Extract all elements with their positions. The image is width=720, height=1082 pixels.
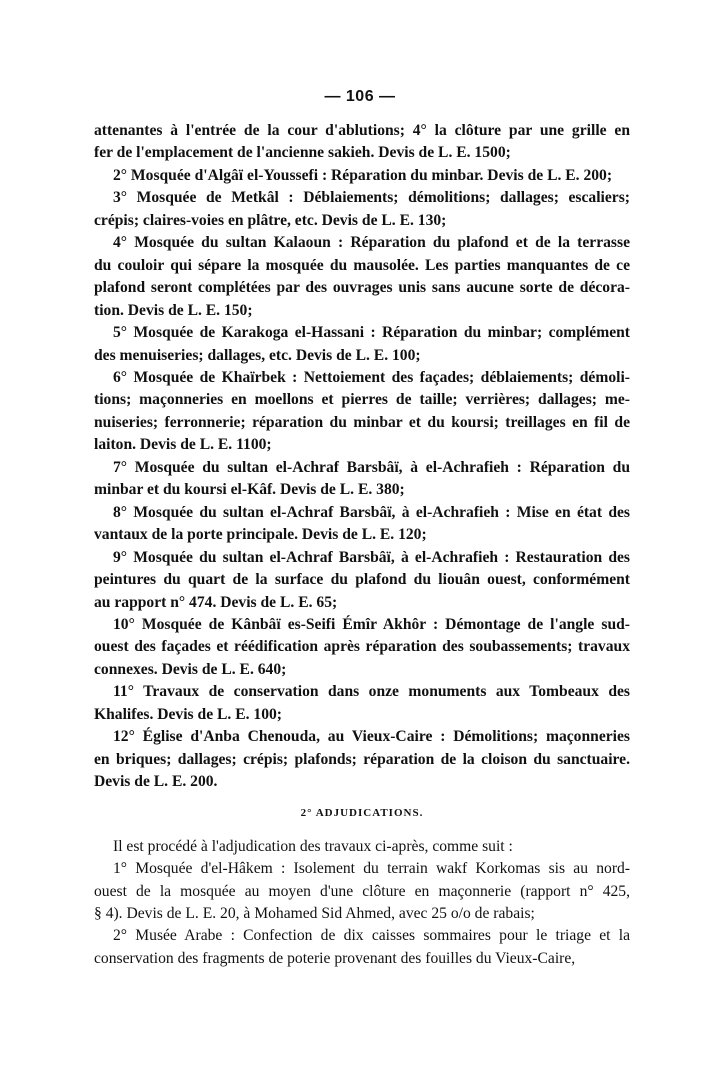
text-line: vantaux de la porte principale. Devis de… xyxy=(94,524,630,546)
paragraph-item-5: 5° Mosquée de Karakoga el-Hassani : Répa… xyxy=(94,322,630,367)
section-heading: 2° ADJUDICATIONS. xyxy=(94,794,630,836)
paragraph-adj-2: 2° Musée Arabe : Confection de dix caiss… xyxy=(94,925,630,970)
paragraph-item-2: 2° Mosquée d'Algâï el-Youssefi : Réparat… xyxy=(94,165,630,187)
text-line: ouest des façades et réédification après… xyxy=(94,636,630,658)
adjudications-list: Il est procédé à l'adjudication des trav… xyxy=(94,836,630,971)
paragraph-item-11: 11° Travaux de conservation dans onze mo… xyxy=(94,681,630,726)
text-line: tions; maçonneries en moellons et pierre… xyxy=(94,389,630,411)
text-line: 10° Mosquée de Kânbâï es-Seifi Émîr Akhô… xyxy=(94,614,630,636)
text-line: 2° Mosquée d'Algâï el-Youssefi : Réparat… xyxy=(94,165,630,187)
text-line: laiton. Devis de L. E. 1100; xyxy=(94,434,630,456)
paragraph-item-12: 12° Église d'Anba Chenouda, au Vieux-Cai… xyxy=(94,726,630,793)
text-line: 2° Musée Arabe : Confection de dix caiss… xyxy=(94,925,630,947)
text-line: nuiseries; ferronnerie; réparation du mi… xyxy=(94,412,630,434)
text-line: crépis; claires-voies en plâtre, etc. De… xyxy=(94,210,630,232)
text-line: minbar et du koursi el-Kâf. Devis de L. … xyxy=(94,479,630,501)
paragraph-item-8: 8° Mosquée du sultan el-Achraf Barsbâï, … xyxy=(94,502,630,547)
paragraph-item-10: 10° Mosquée de Kânbâï es-Seifi Émîr Akhô… xyxy=(94,614,630,681)
text-line: peintures du quart de la surface du plaf… xyxy=(94,569,630,591)
paragraph-intro: Il est procédé à l'adjudication des trav… xyxy=(94,836,630,858)
text-line: Devis de L. E. 200. xyxy=(94,771,630,793)
page-number: — 106 — xyxy=(0,88,720,106)
text-line: 4° Mosquée du sultan Kalaoun : Réparatio… xyxy=(94,232,630,254)
text-line: § 4). Devis de L. E. 20, à Mohamed Sid A… xyxy=(94,903,630,925)
paragraph-item-6: 6° Mosquée de Khaïrbek : Nettoiement des… xyxy=(94,367,630,457)
document-page: — 106 — attenantes à l'entrée de la cour… xyxy=(0,0,720,1082)
works-list: attenantes à l'entrée de la cour d'ablut… xyxy=(94,120,630,794)
text-line: 5° Mosquée de Karakoga el-Hassani : Répa… xyxy=(94,322,630,344)
text-line: 11° Travaux de conservation dans onze mo… xyxy=(94,681,630,703)
text-line: ouest de la mosquée au moyen d'une clôtu… xyxy=(94,881,630,903)
text-line: 7° Mosquée du sultan el-Achraf Barsbâï, … xyxy=(94,457,630,479)
text-line: 12° Église d'Anba Chenouda, au Vieux-Cai… xyxy=(94,726,630,748)
paragraph-item-4: 4° Mosquée du sultan Kalaoun : Réparatio… xyxy=(94,232,630,322)
text-line: 3° Mosquée de Metkâl : Déblaiements; dém… xyxy=(94,187,630,209)
text-line: en briques; dallages; crépis; plafonds; … xyxy=(94,749,630,771)
paragraph-item-7: 7° Mosquée du sultan el-Achraf Barsbâï, … xyxy=(94,457,630,502)
text-line: au rapport n° 474. Devis de L. E. 65; xyxy=(94,592,630,614)
text-line: tion. Devis de L. E. 150; xyxy=(94,300,630,322)
text-line: 8° Mosquée du sultan el-Achraf Barsbâï, … xyxy=(94,502,630,524)
text-line: 9° Mosquée du sultan el-Achraf Barsbâï, … xyxy=(94,547,630,569)
text-line: des menuiseries; dallages, etc. Devis de… xyxy=(94,345,630,367)
paragraph-item-9: 9° Mosquée du sultan el-Achraf Barsbâï, … xyxy=(94,547,630,614)
paragraph-adj-1: 1° Mosquée d'el-Hâkem : Isolement du ter… xyxy=(94,858,630,925)
body-text: attenantes à l'entrée de la cour d'ablut… xyxy=(94,120,630,970)
text-line: plafond seront complétées par des ouvrag… xyxy=(94,277,630,299)
text-line: attenantes à l'entrée de la cour d'ablut… xyxy=(94,120,630,142)
paragraph-item-3: 3° Mosquée de Metkâl : Déblaiements; dém… xyxy=(94,187,630,232)
text-line: conservation des fragments de poterie pr… xyxy=(94,948,630,970)
text-line: fer de l'emplacement de l'ancienne sakie… xyxy=(94,142,630,164)
text-line: connexes. Devis de L. E. 640; xyxy=(94,659,630,681)
text-line: du couloir qui sépare la mosquée du maus… xyxy=(94,255,630,277)
text-line: 1° Mosquée d'el-Hâkem : Isolement du ter… xyxy=(94,858,630,880)
text-line: Il est procédé à l'adjudication des trav… xyxy=(94,836,630,858)
paragraph-cont: attenantes à l'entrée de la cour d'ablut… xyxy=(94,120,630,165)
text-line: 6° Mosquée de Khaïrbek : Nettoiement des… xyxy=(94,367,630,389)
text-line: Khalifes. Devis de L. E. 100; xyxy=(94,704,630,726)
